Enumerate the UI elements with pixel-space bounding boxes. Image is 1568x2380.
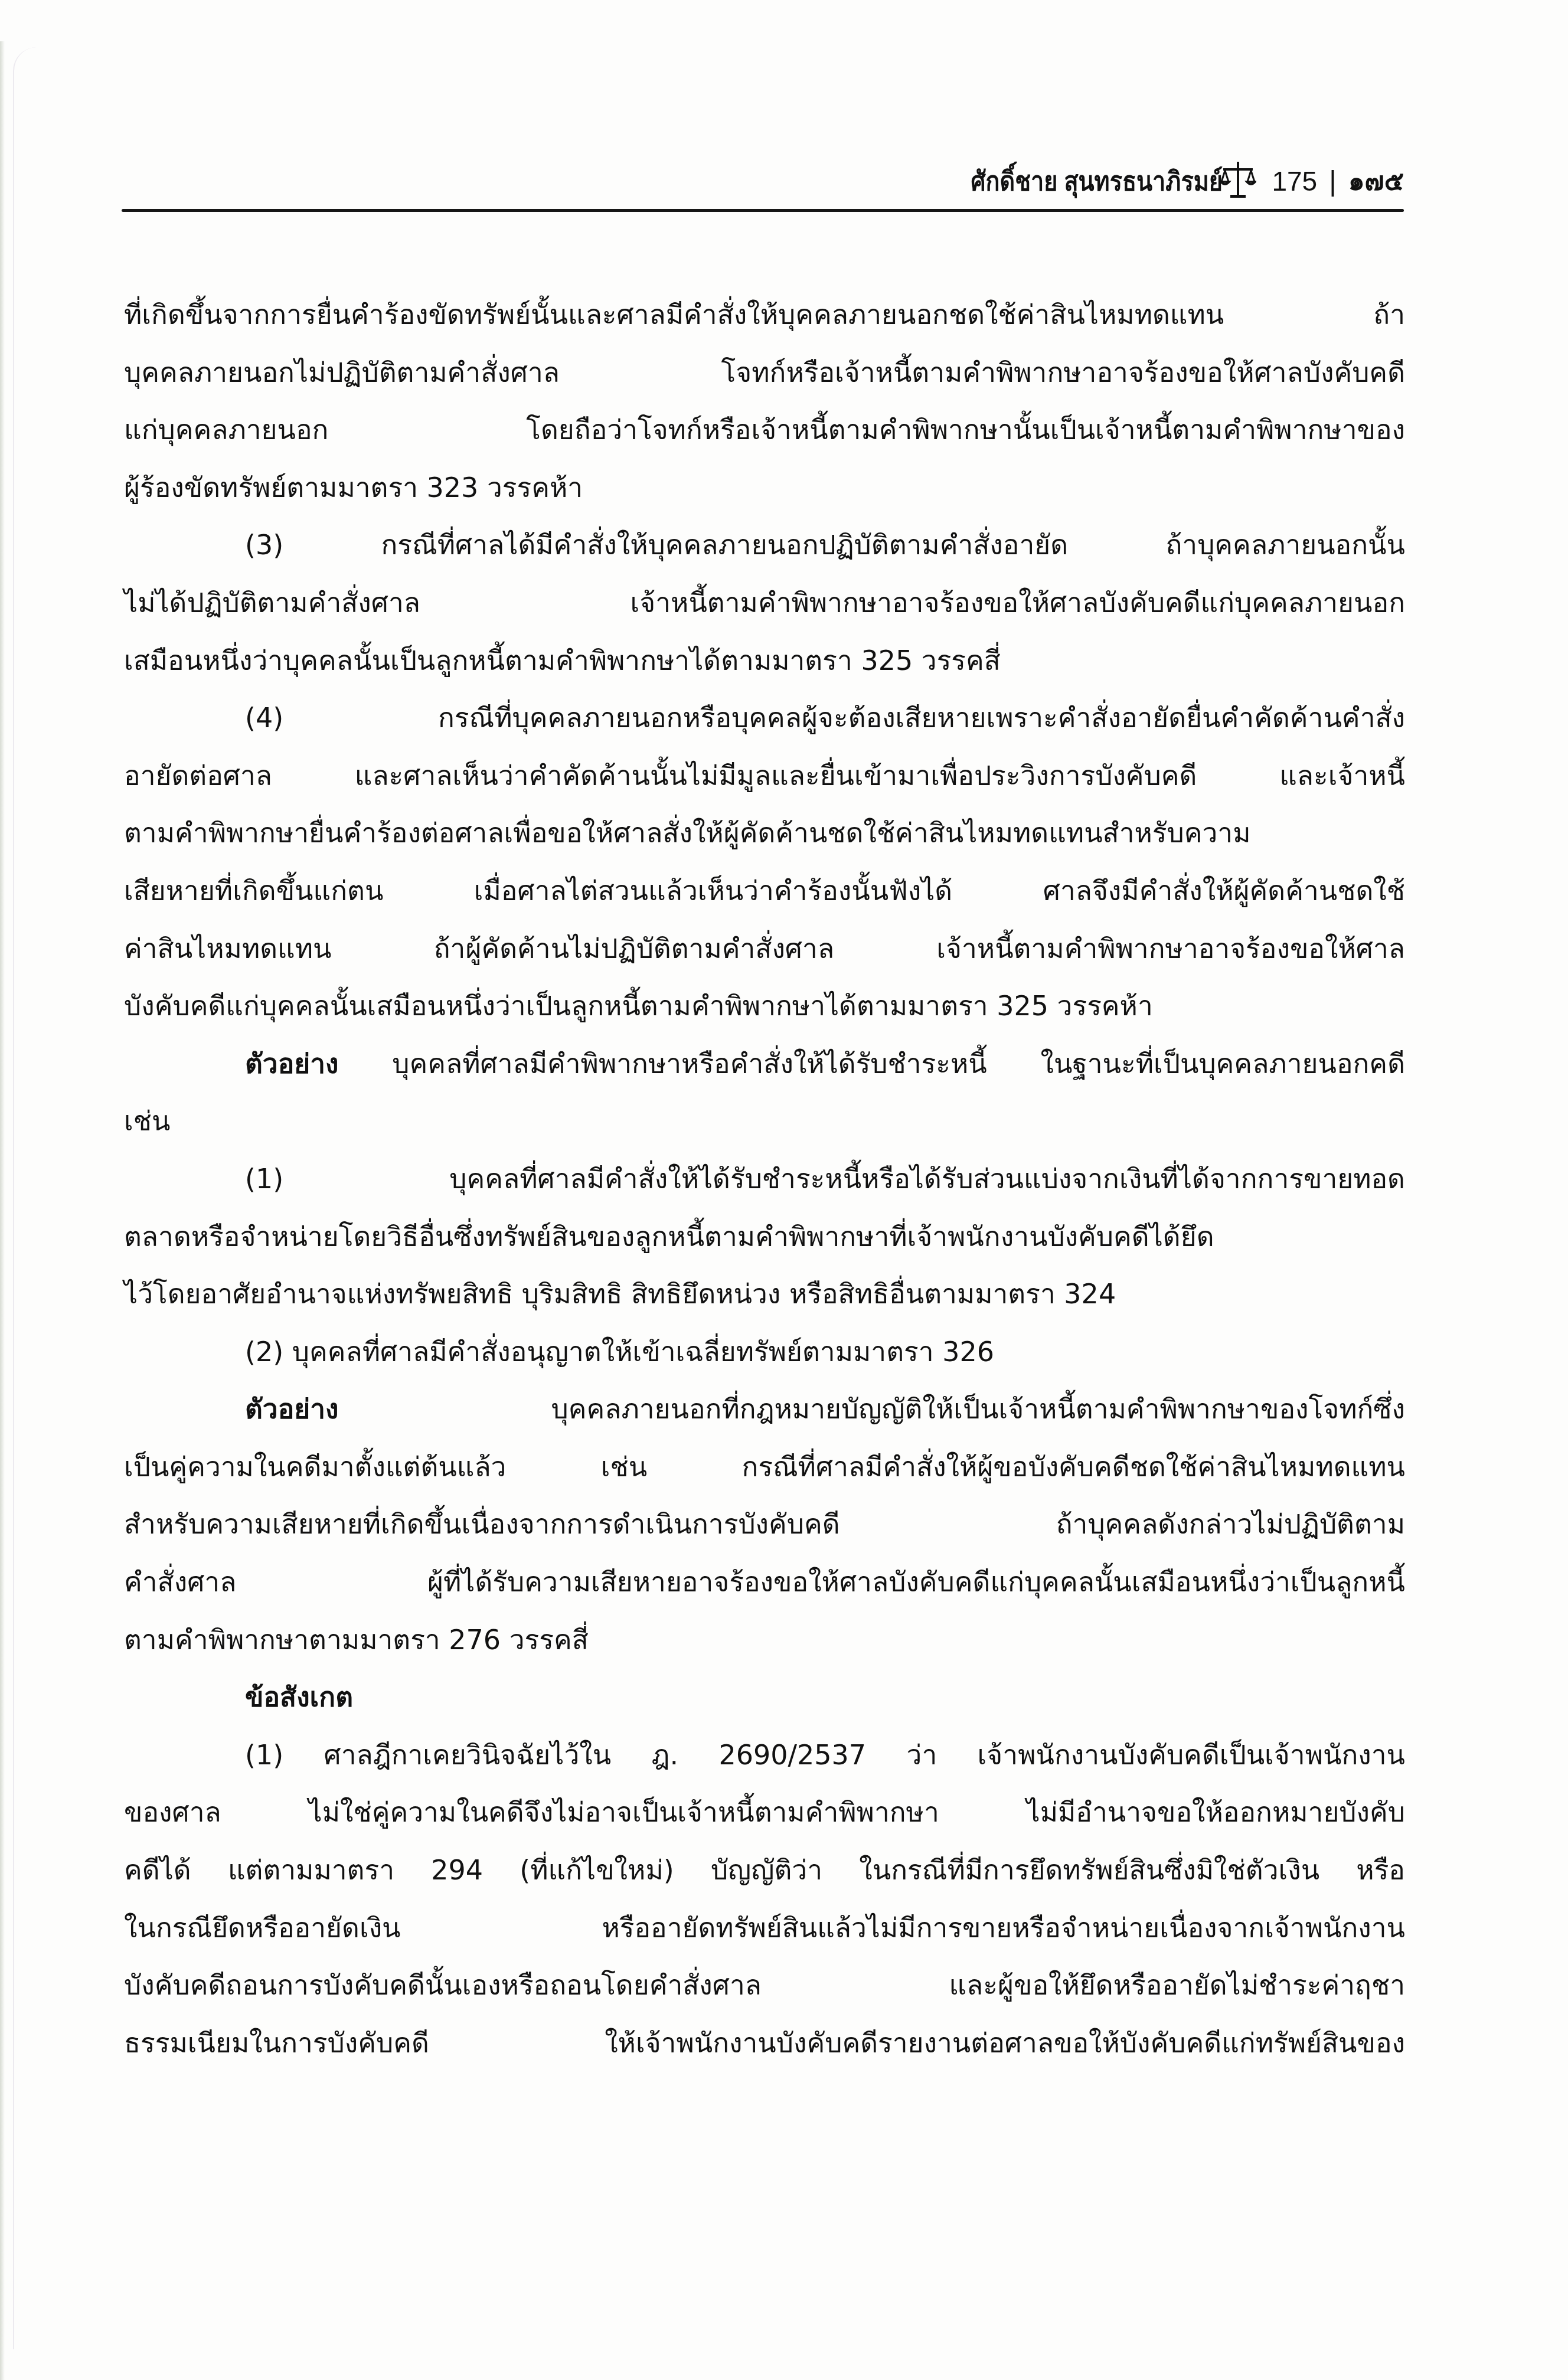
- text-line: ที่เกิดขึ้นจากการยื่นคำร้องขัดทรัพย์นั้น…: [124, 286, 1405, 344]
- page-number: 175: [1272, 165, 1317, 197]
- text-line: ของศาล ไม่ใช่คู่ความในคดีจึงไม่อาจเป็นเจ…: [124, 1784, 1405, 1842]
- text-line: แก่บุคคลภายนอก โดยถือว่าโจทก์หรือเจ้าหนี…: [124, 401, 1405, 459]
- line-text: ของศาล ไม่ใช่คู่ความในคดีจึงไม่อาจเป็นเจ…: [124, 1796, 1405, 1828]
- bold-label: ตัวอย่าง: [245, 1048, 339, 1080]
- line-text: (4) กรณีที่บุคคลภายนอกหรือบุคคลผู้จะต้อง…: [245, 702, 1405, 734]
- text-line: ธรรมเนียมในการบังคับคดี ให้เจ้าพนักงานบั…: [124, 2015, 1405, 2072]
- line-text: อายัดต่อศาล และศาลเห็นว่าคำคัดค้านนั้นไม…: [124, 760, 1405, 792]
- line-text: ผู้ร้องขัดทรัพย์ตามมาตรา 323 วรรคห้า: [124, 472, 583, 504]
- text-line: ตามคำพิพากษาตามมาตรา 276 วรรคสี่: [124, 1611, 1405, 1669]
- text-line: คดีได้ แต่ตามมาตรา 294 (ที่แก้ไขใหม่) บั…: [124, 1842, 1405, 1900]
- text-line: ตลาดหรือจำหน่ายโดยวิธีอื่นซึ่งทรัพย์สินข…: [124, 1208, 1405, 1266]
- text-line: (2) บุคคลที่ศาลมีคำสั่งอนุญาตให้เข้าเฉลี…: [124, 1323, 1405, 1381]
- line-text: ตลาดหรือจำหน่ายโดยวิธีอื่นซึ่งทรัพย์สินข…: [124, 1221, 1214, 1253]
- line-text: ตามคำพิพากษายื่นคำร้องต่อศาลเพื่อขอให้ศา…: [124, 817, 1251, 849]
- text-line: บังคับคดีถอนการบังคับคดีนั้นเองหรือถอนโด…: [124, 1957, 1405, 2015]
- text-line: เสมือนหนึ่งว่าบุคคลนั้นเป็นลูกหนี้ตามคำพ…: [124, 632, 1405, 690]
- text-line: (1) บุคคลที่ศาลมีคำสั่งให้ได้รับชำระหนี้…: [124, 1150, 1405, 1208]
- text-line: ตามคำพิพากษายื่นคำร้องต่อศาลเพื่อขอให้ศา…: [124, 805, 1405, 862]
- line-text: ตามคำพิพากษาตามมาตรา 276 วรรคสี่: [124, 1624, 589, 1656]
- text-line: ตัวอย่าง บุคคลที่ศาลมีคำพิพากษาหรือคำสั่…: [124, 1035, 1405, 1093]
- page-number-thai: ๑๗๕: [1348, 161, 1404, 202]
- text-line: คำสั่งศาล ผู้ที่ได้รับความเสียหายอาจร้อง…: [124, 1554, 1405, 1611]
- bold-label: ตัวอย่าง: [245, 1393, 339, 1425]
- line-text: บังคับคดีถอนการบังคับคดีนั้นเองหรือถอนโด…: [124, 1969, 1405, 2001]
- line-text: แก่บุคคลภายนอก โดยถือว่าโจทก์หรือเจ้าหนี…: [124, 414, 1405, 446]
- text-line: ไว้โดยอาศัยอำนาจแห่งทรัพยสิทธิ บุริมสิทธ…: [124, 1266, 1405, 1323]
- line-text: เสมือนหนึ่งว่าบุคคลนั้นเป็นลูกหนี้ตามคำพ…: [124, 645, 1001, 676]
- line-text: เสียหายที่เกิดขึ้นแก่ตน เมื่อศาลไต่สวนแล…: [124, 875, 1405, 907]
- line-text: (1) ศาลฎีกาเคยวินิจฉัยไว้ใน ฎ. 2690/2537…: [245, 1739, 1405, 1771]
- text-line: (4) กรณีที่บุคคลภายนอกหรือบุคคลผู้จะต้อง…: [124, 689, 1405, 747]
- page-edge-shadow: [0, 41, 5, 2380]
- text-line: เสียหายที่เกิดขึ้นแก่ตน เมื่อศาลไต่สวนแล…: [124, 862, 1405, 920]
- text-line: อายัดต่อศาล และศาลเห็นว่าคำคัดค้านนั้นไม…: [124, 747, 1405, 805]
- header-rule: [122, 209, 1404, 212]
- line-text: (2) บุคคลที่ศาลมีคำสั่งอนุญาตให้เข้าเฉลี…: [245, 1336, 994, 1368]
- text-line: บังคับคดีแก่บุคคลนั้นเสมือนหนึ่งว่าเป็นล…: [124, 977, 1405, 1035]
- text-line: สำหรับความเสียหายที่เกิดขึ้นเนื่องจากการ…: [124, 1496, 1405, 1554]
- line-text: เช่น: [124, 1105, 170, 1137]
- text-line: เช่น: [124, 1093, 1405, 1150]
- line-text: คำสั่งศาล ผู้ที่ได้รับความเสียหายอาจร้อง…: [124, 1566, 1405, 1598]
- text-line: (3) กรณีที่ศาลได้มีคำสั่งให้บุคคลภายนอกป…: [124, 516, 1405, 574]
- text-line: ไม่ได้ปฏิบัติตามคำสั่งศาล เจ้าหนี้ตามคำพ…: [124, 574, 1405, 632]
- body-text: ที่เกิดขึ้นจากการยื่นคำร้องขัดทรัพย์นั้น…: [124, 286, 1405, 2072]
- text-line: (1) ศาลฎีกาเคยวินิจฉัยไว้ใน ฎ. 2690/2537…: [124, 1727, 1405, 1784]
- line-text: ค่าสินไหมทดแทน ถ้าผู้คัดค้านไม่ปฏิบัติตา…: [124, 933, 1405, 965]
- page-number-separator: |: [1329, 165, 1336, 198]
- text-line: ข้อสังเกต: [124, 1669, 1405, 1727]
- line-text: เป็นคู่ความในคดีมาตั้งแต่ต้นแล้ว เช่น กร…: [124, 1451, 1405, 1483]
- bold-label: ข้อสังเกต: [245, 1681, 353, 1713]
- line-text: บุคคลภายนอกที่กฎหมายบัญญัติให้เป็นเจ้าหน…: [339, 1393, 1405, 1425]
- line-text: บุคคลที่ศาลมีคำพิพากษาหรือคำสั่งให้ได้รั…: [339, 1048, 1405, 1080]
- line-text: ไว้โดยอาศัยอำนาจแห่งทรัพยสิทธิ บุริมสิทธ…: [124, 1278, 1116, 1310]
- text-line: ตัวอย่าง บุคคลภายนอกที่กฎหมายบัญญัติให้เ…: [124, 1381, 1405, 1439]
- line-text: สำหรับความเสียหายที่เกิดขึ้นเนื่องจากการ…: [124, 1508, 1405, 1540]
- line-text: (1) บุคคลที่ศาลมีคำสั่งให้ได้รับชำระหนี้…: [245, 1163, 1405, 1195]
- scales-of-justice-icon: [1220, 161, 1256, 202]
- text-line: เป็นคู่ความในคดีมาตั้งแต่ต้นแล้ว เช่น กร…: [124, 1439, 1405, 1496]
- text-line: ค่าสินไหมทดแทน ถ้าผู้คัดค้านไม่ปฏิบัติตา…: [124, 920, 1405, 978]
- text-line: บุคคลภายนอกไม่ปฏิบัติตามคำสั่งศาล โจทก์ห…: [124, 344, 1405, 402]
- line-text: ที่เกิดขึ้นจากการยื่นคำร้องขัดทรัพย์นั้น…: [124, 299, 1405, 331]
- line-text: คดีได้ แต่ตามมาตรา 294 (ที่แก้ไขใหม่) บั…: [124, 1854, 1405, 1886]
- line-text: (3) กรณีที่ศาลได้มีคำสั่งให้บุคคลภายนอกป…: [245, 529, 1405, 561]
- line-text: ธรรมเนียมในการบังคับคดี ให้เจ้าพนักงานบั…: [124, 2027, 1405, 2059]
- line-text: บังคับคดีแก่บุคคลนั้นเสมือนหนึ่งว่าเป็นล…: [124, 990, 1153, 1022]
- running-header: ศักดิ์ชาย สุนทรธนาภิรมย์ 175 | ๑๗๕: [930, 155, 1404, 208]
- text-line: ผู้ร้องขัดทรัพย์ตามมาตรา 323 วรรคห้า: [124, 459, 1405, 517]
- page-curl-shadow: [13, 47, 41, 2349]
- line-text: ในกรณียึดหรืออายัดเงิน หรืออายัดทรัพย์สิ…: [124, 1912, 1405, 1944]
- author-name: ศักดิ์ชาย สุนทรธนาภิรมย์: [971, 160, 1222, 203]
- text-line: ในกรณียึดหรืออายัดเงิน หรืออายัดทรัพย์สิ…: [124, 1900, 1405, 1957]
- line-text: ไม่ได้ปฏิบัติตามคำสั่งศาล เจ้าหนี้ตามคำพ…: [124, 587, 1405, 619]
- line-text: บุคคลภายนอกไม่ปฏิบัติตามคำสั่งศาล โจทก์ห…: [124, 357, 1405, 388]
